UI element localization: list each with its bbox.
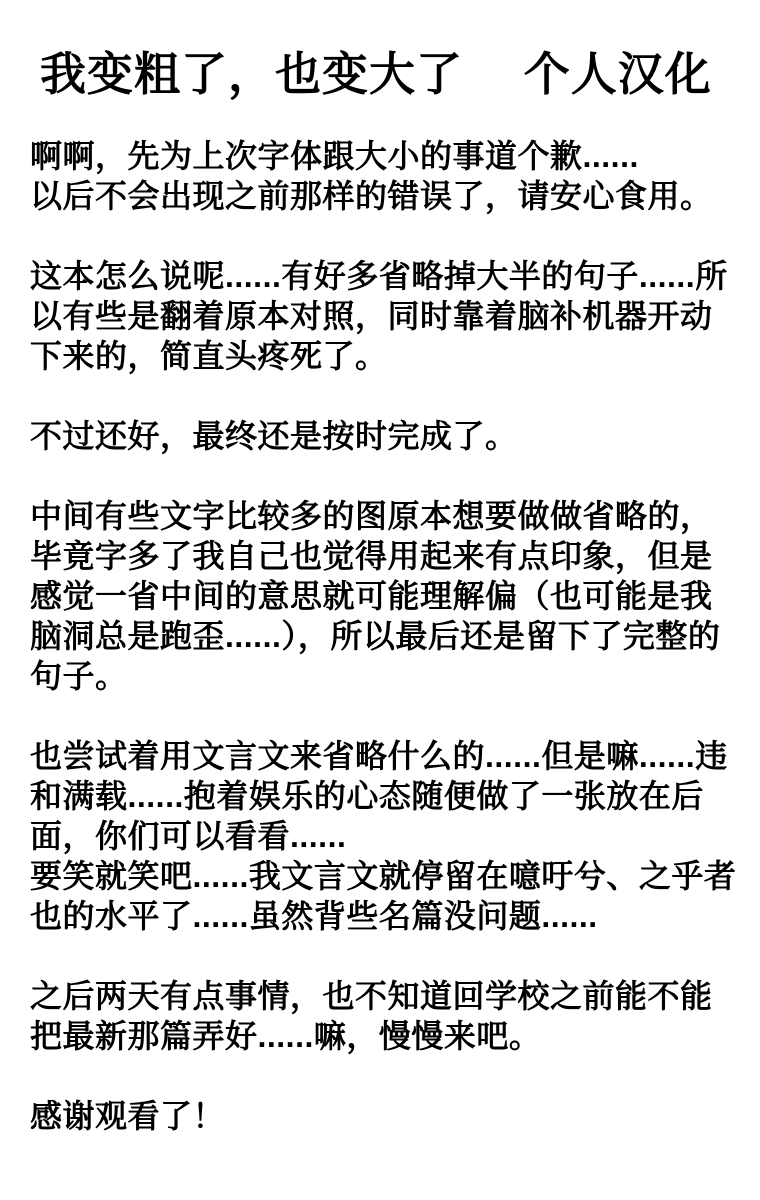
paragraph-classical-chinese-attempt: 也尝试着用文言文来省略什么的......但是嘛......违和满载......抱… [30,736,738,936]
paragraph-thanks: 感谢观看了！ [30,1096,738,1136]
paragraph-upcoming-plans: 之后两天有点事情，也不知道回学校之前能不能把最新那篇弄好......嘛，慢慢来吧… [30,976,738,1056]
document-title: 我变粗了，也变大了 个人汉化 [40,46,738,102]
paragraph-finished-on-time: 不过还好，最终还是按时完成了。 [30,416,738,456]
paragraph-translation-difficulty: 这本怎么说呢......有好多省略掉大半的句子......所以有些是翻着原本对照… [30,256,738,376]
paragraph-keep-full-sentences: 中间有些文字比较多的图原本想要做做省略的，毕竟字多了我自己也觉得用起来有点印象，… [30,496,738,696]
paragraph-apology: 啊啊，先为上次字体跟大小的事道个歉...... 以后不会出现之前那样的错误了，请… [30,136,738,216]
document-page: 我变粗了，也变大了 个人汉化 啊啊，先为上次字体跟大小的事道个歉...... 以… [0,0,760,1200]
